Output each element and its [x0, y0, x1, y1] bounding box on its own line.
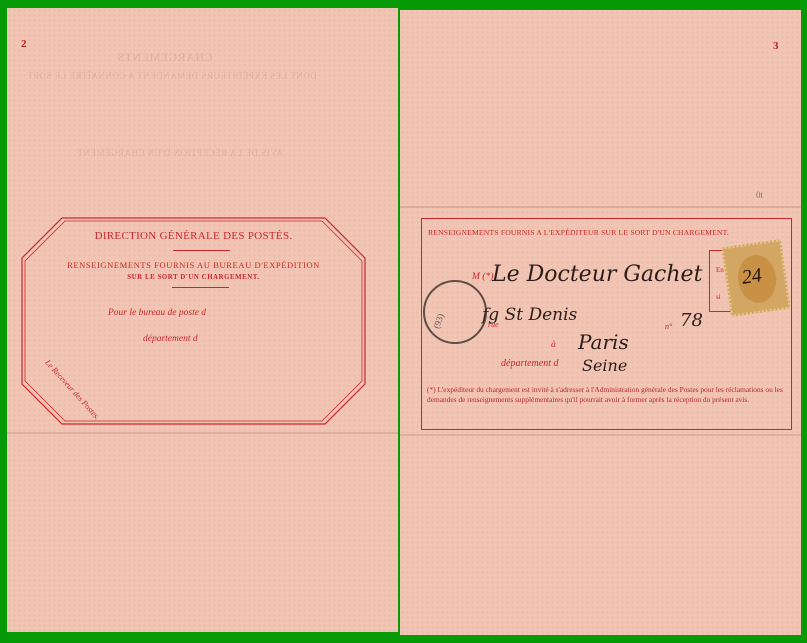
- box-label: En: [716, 266, 724, 274]
- handwritten-department: Seine: [582, 356, 627, 375]
- ghost-text: DONT LES EXPÉDITEURS DEMANDENT A CONNAÎT…: [27, 71, 317, 81]
- departement-field-label: département d: [143, 334, 198, 344]
- fold-line: [400, 434, 801, 436]
- page-number-right: 3: [773, 40, 779, 52]
- postmark-text: (93): [431, 312, 446, 330]
- bureau-field-label: Pour le bureau de poste d: [108, 308, 206, 318]
- footnote: (*) L'expéditeur du chargement est invit…: [427, 385, 787, 405]
- panel-subtitle: RENSEIGNEMENTS FOURNIS AU BUREAU D'EXPÉD…: [20, 260, 367, 270]
- handwritten-number: 78: [680, 310, 703, 331]
- city-label: à: [551, 340, 556, 350]
- panel-title: DIRECTION GÉNÉRALE DES POSTÉS.: [20, 230, 367, 242]
- page-number-left: 2: [21, 38, 27, 50]
- departement-label: département d: [501, 358, 559, 369]
- stamp-cancel-number: 24: [740, 264, 763, 290]
- box-label: si: [716, 293, 721, 301]
- postage-stamp: 24: [721, 239, 790, 317]
- fold-line: [7, 432, 398, 434]
- ghost-text: AVIS DE LA RÉCEPTION D'UN CHARGEMENT: [77, 148, 283, 158]
- handwritten-recipient: Le Docteur Gachet: [492, 262, 702, 287]
- handwritten-street: fg St Denis: [482, 305, 577, 325]
- handwritten-city: Paris: [578, 330, 629, 354]
- divider: [172, 287, 229, 288]
- form-header: RENSEIGNEMENTS FOURNIS A L'EXPÉDITEUR SU…: [428, 228, 729, 237]
- panel-subtitle-2: SUR LE SORT D'UN CHARGEMENT.: [20, 274, 367, 281]
- ghost-text: CHARGEMENTS: [117, 50, 213, 65]
- pencil-mark: 0t: [756, 190, 763, 200]
- postmark-cancel: (93): [423, 280, 487, 344]
- fold-line: [400, 206, 801, 208]
- number-label: n°: [665, 322, 672, 331]
- divider: [173, 250, 230, 251]
- left-form-panel: DIRECTION GÉNÉRALE DES POSTÉS. RENSEIGNE…: [20, 216, 367, 426]
- recipient-label: M (*): [472, 272, 493, 282]
